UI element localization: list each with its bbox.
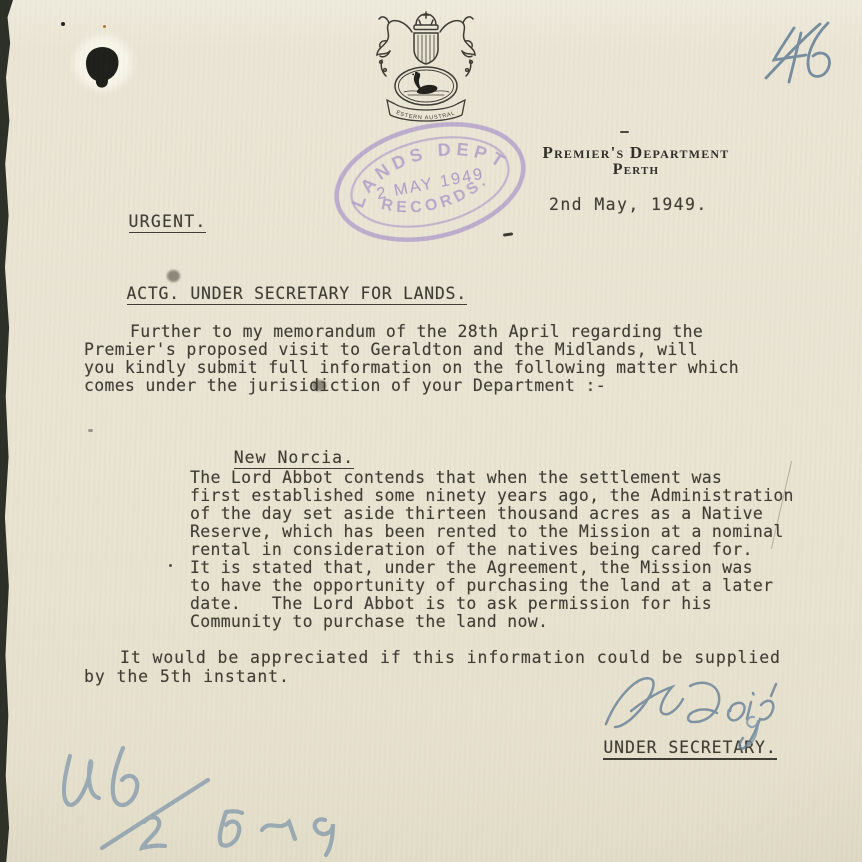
- pen-dash: [503, 232, 513, 236]
- crest-motto: WESTERN AUSTRALIA: [363, 6, 456, 121]
- typewriter-overstrike: [312, 380, 326, 391]
- typed-line: first established some ninety years ago,…: [190, 487, 794, 505]
- page-number-annotation: [760, 16, 844, 88]
- typed-line: comes under the jurisidiction of your De…: [84, 377, 606, 395]
- typed-line: The Lord Abbot contends that when the se…: [190, 469, 722, 487]
- pen-dash: [620, 131, 629, 133]
- urgent-label: URGENT.: [129, 212, 207, 233]
- paper-speck: [61, 22, 65, 26]
- scanned-letter-page: WESTERN AUSTRALIA LANDS DEPT RECORDS. 2 …: [0, 0, 862, 862]
- lands-dept-records-stamp: LANDS DEPT RECORDS. 2 MAY 1949: [317, 100, 543, 265]
- typed-line: date. The Lord Abbot is to ask permissio…: [190, 595, 712, 613]
- svg-text:WESTERN AUSTRALIA: WESTERN AUSTRALIA: [363, 6, 456, 121]
- torn-left-edge: [0, 0, 13, 862]
- typewriter-overstrike: [167, 270, 180, 282]
- subject-heading: New Norcia.: [234, 448, 354, 469]
- signature-doig: [598, 666, 803, 758]
- letterhead-city: Perth: [528, 161, 744, 179]
- typed-line: by the 5th instant.: [84, 668, 290, 686]
- typed-line: Premier's proposed visit to Geraldton an…: [84, 341, 698, 359]
- typed-line: It is stated that, under the Agreement, …: [190, 559, 753, 577]
- western-australia-crest-icon: WESTERN AUSTRALIA: [366, 10, 486, 124]
- addressee-line: ACTG. UNDER SECRETARY FOR LANDS.: [127, 284, 467, 305]
- pencil-mark: [88, 429, 93, 432]
- typed-line: rental in consideration of the natives b…: [190, 541, 753, 559]
- typed-line: of the day set aside thirteen thousand a…: [190, 505, 763, 523]
- typed-line: Reserve, which has been rented to the Mi…: [190, 523, 784, 541]
- letterhead-department: Premier's Department: [528, 143, 744, 163]
- typed-line: It would be appreciated if this informat…: [120, 649, 781, 667]
- letter-date: 2nd May, 1949.: [549, 196, 708, 214]
- typed-line: Further to my memorandum of the 28th Apr…: [130, 323, 703, 341]
- signature-suffix-mark: [744, 712, 764, 748]
- file-number-annotation: [56, 742, 356, 862]
- rust-speck: [103, 25, 106, 28]
- typed-line: Community to purchase the land now.: [190, 613, 548, 631]
- typed-line: you kindly submit full information on th…: [84, 359, 739, 377]
- paper-speck: [169, 564, 172, 567]
- typed-line: to have the opportunity of purchasing th…: [190, 577, 773, 595]
